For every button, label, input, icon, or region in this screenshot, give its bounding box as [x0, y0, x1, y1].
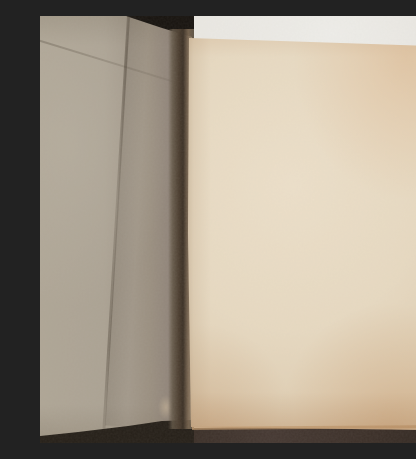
photo-vignette: [40, 16, 416, 443]
book-photograph: [40, 16, 416, 443]
